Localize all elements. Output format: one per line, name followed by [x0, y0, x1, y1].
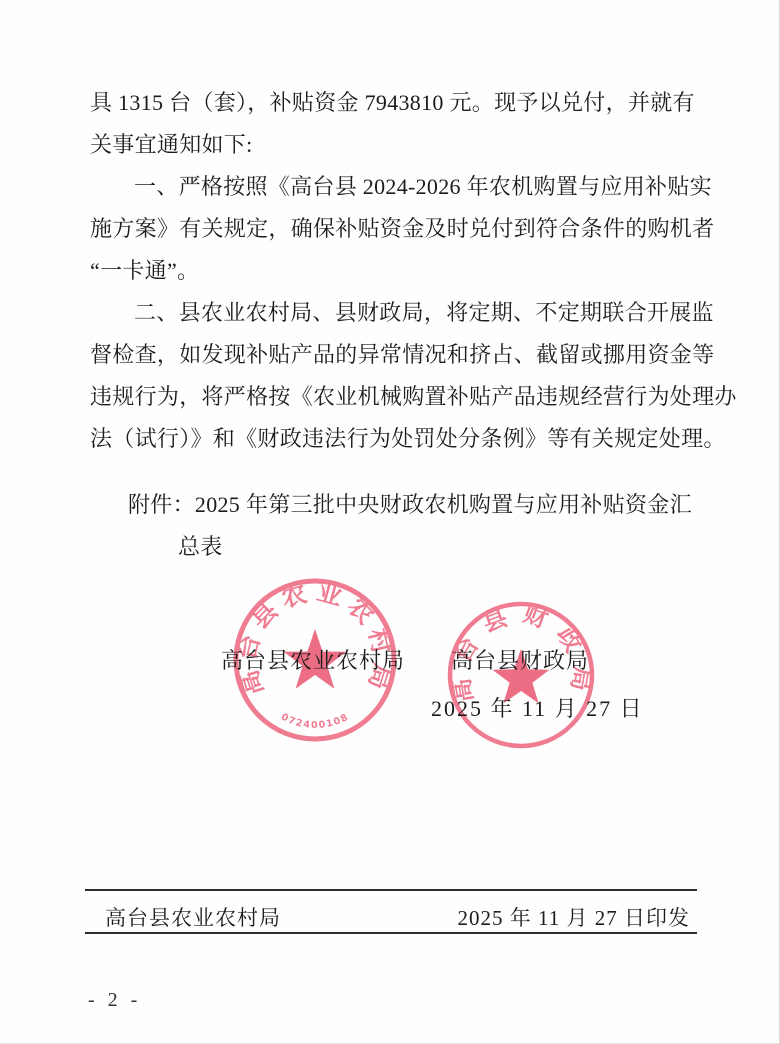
document-page: 具 1315 台（套），补贴资金 7943810 元。现予以兑付，并就有 关事宜… — [0, 0, 780, 1044]
signature-date: 2025 年 11 月 27 日 — [431, 692, 644, 723]
footer-divider-top — [85, 889, 697, 891]
page-number: - 2 - — [88, 989, 141, 1012]
body-text-block: 具 1315 台（套），补贴资金 7943810 元。现予以兑付，并就有 关事宜… — [90, 82, 710, 460]
body-line: 督检查，如发现补贴产品的异常情况和挤占、截留或挪用资金等 — [90, 334, 710, 376]
attachment-line: 附件：2025 年第三批中央财政农机购置与应用补贴资金汇 — [90, 484, 710, 526]
body-line: 二、县农业农村局、县财政局，将定期、不定期联合开展监 — [90, 292, 710, 334]
body-line: 具 1315 台（套），补贴资金 7943810 元。现予以兑付，并就有 — [90, 82, 710, 124]
body-line: 法（试行）》和《财政违法行为处罚处分条例》等有关规定处理。 — [90, 418, 710, 460]
body-line: 施方案》有关规定，确保补贴资金及时兑付到符合条件的购机者 — [90, 208, 710, 250]
footer-divider-bottom — [85, 932, 697, 934]
attachment-line: 总表 — [90, 526, 710, 568]
body-line: “一卡通”。 — [90, 250, 710, 292]
body-line: 一、严格按照《高台县 2024-2026 年农机购置与应用补贴实 — [90, 166, 710, 208]
official-seal-finance-bureau: 高台县财政局 — [446, 600, 596, 750]
body-line: 关事宜通知如下: — [90, 124, 710, 166]
footer-issuer: 高台县农业农村局 — [105, 902, 281, 932]
footer-print-date: 2025 年 11 月 27 日印发 — [458, 902, 690, 932]
attachment-block: 附件：2025 年第三批中央财政农机购置与应用补贴资金汇 总表 — [90, 484, 710, 568]
signature-right-org: 高台县财政局 — [451, 644, 589, 675]
body-line: 违规行为，将严格按《农业机械购置补贴产品违规经营行为处理办 — [90, 376, 710, 418]
signature-left-org: 高台县农业农村局 — [221, 644, 405, 675]
